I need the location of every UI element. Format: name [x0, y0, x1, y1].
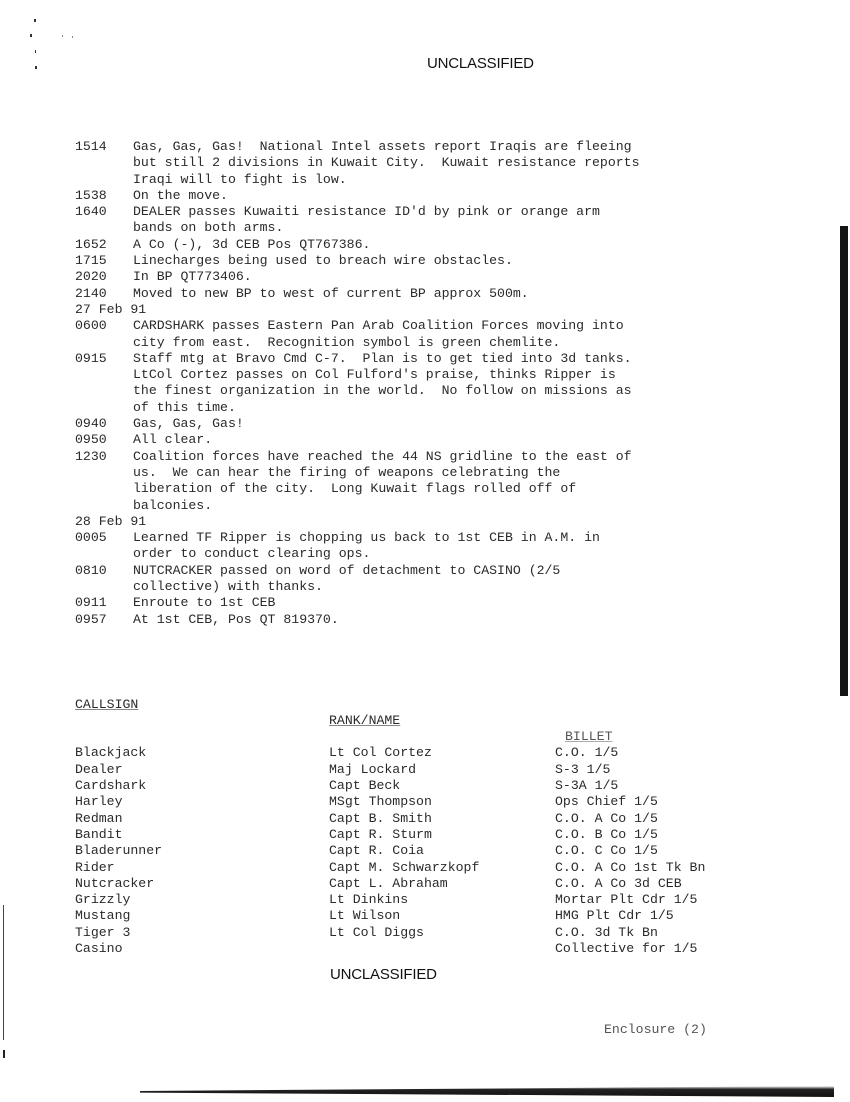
- scan-edge-line-left: [3, 905, 4, 1040]
- callsign-cell: Dealer: [75, 762, 122, 778]
- log-entry: 1715Linecharges being used to breach wir…: [75, 253, 639, 269]
- log-entry-time: 0600: [75, 318, 133, 351]
- rank-name-cell: Capt Beck: [329, 778, 400, 794]
- rank-name-cell: Capt R. Sturm: [329, 827, 432, 843]
- log-entry-line: the finest organization in the world. No…: [133, 383, 632, 399]
- log-entry-time: 0810: [75, 563, 133, 596]
- billet-cell: C.O. 1/5: [555, 745, 618, 761]
- log-entry-text: CARDSHARK passes Eastern Pan Arab Coalit…: [133, 318, 624, 351]
- billet-cell: Collective for 1/5: [555, 941, 697, 957]
- log-entry-line: DEALER passes Kuwaiti resistance ID'd by…: [133, 204, 600, 220]
- log-entry: 0810NUTCRACKER passed on word of detachm…: [75, 563, 639, 596]
- log-entry-line: Coalition forces have reached the 44 NS …: [133, 449, 632, 465]
- billet-cell: S-3 1/5: [555, 762, 610, 778]
- log-entry-text: A Co (-), 3d CEB Pos QT767386.: [133, 237, 370, 253]
- roster-row: RiderCapt M. SchwarzkopfC.O. A Co 1st Tk…: [75, 860, 107, 876]
- log-entry-time: 1652: [75, 237, 133, 253]
- rank-name-cell: Lt Col Diggs: [329, 925, 424, 941]
- roster-row: NutcrackerCapt L. AbrahamC.O. A Co 3d CE…: [75, 876, 107, 892]
- callsign-cell: Bladerunner: [75, 843, 162, 859]
- rank-name-cell: MSgt Thompson: [329, 794, 432, 810]
- log-entry-time: 2020: [75, 269, 133, 285]
- scan-edge-bar-right: [840, 226, 848, 696]
- scan-speck: [34, 19, 36, 22]
- callsign-header: CALLSIGN: [75, 697, 138, 713]
- billet-cell: C.O. C Co 1/5: [555, 843, 658, 859]
- log-entry-line: At 1st CEB, Pos QT 819370.: [133, 612, 339, 628]
- log-date: 28 Feb 91: [75, 514, 639, 530]
- log-entry-time: 0940: [75, 416, 133, 432]
- roster-row: BanditCapt R. SturmC.O. B Co 1/5: [75, 827, 107, 843]
- roster-row: GrizzlyLt DinkinsMortar Plt Cdr 1/5: [75, 892, 107, 908]
- callsign-cell: Blackjack: [75, 745, 146, 761]
- log-entry-line: of this time.: [133, 400, 632, 416]
- callsign-cell: Tiger 3: [75, 925, 130, 941]
- log-entry-line: All clear.: [133, 432, 212, 448]
- billet-cell: C.O. A Co 1st Tk Bn: [555, 860, 705, 876]
- classification-footer: UNCLASSIFIED: [330, 966, 437, 983]
- billet-cell: C.O. 3d Tk Bn: [555, 925, 658, 941]
- log-entry: 1538On the move.: [75, 188, 639, 204]
- log-entry-time: 0950: [75, 432, 133, 448]
- log-entry-line: Linecharges being used to breach wire ob…: [133, 253, 513, 269]
- roster-row: RedmanCapt B. SmithC.O. A Co 1/5: [75, 811, 107, 827]
- log-entry-line: Moved to new BP to west of current BP ap…: [133, 286, 529, 302]
- log-entry-text: Moved to new BP to west of current BP ap…: [133, 286, 529, 302]
- log-entry-time: 1538: [75, 188, 133, 204]
- classification-header: UNCLASSIFIED: [427, 55, 534, 72]
- log-entry-text: At 1st CEB, Pos QT 819370.: [133, 612, 339, 628]
- log-entry: 1514Gas, Gas, Gas! National Intel assets…: [75, 139, 639, 188]
- rank-name-cell: Lt Wilson: [329, 908, 400, 924]
- callsign-cell: Casino: [75, 941, 122, 957]
- log-entry-line: A Co (-), 3d CEB Pos QT767386.: [133, 237, 370, 253]
- roster-row: CardsharkCapt BeckS-3A 1/5: [75, 778, 107, 794]
- callsign-roster: CALLSIGN RANK/NAME BILLET BlackjackLt Co…: [75, 648, 107, 974]
- billet-cell: C.O. B Co 1/5: [555, 827, 658, 843]
- enclosure-label: Enclosure (2): [604, 1022, 707, 1038]
- log-entry: 0911Enroute to 1st CEB: [75, 595, 639, 611]
- roster-header-row: CALLSIGN RANK/NAME BILLET: [75, 681, 107, 697]
- rank-name-cell: Maj Lockard: [329, 762, 416, 778]
- log-date: 27 Feb 91: [75, 302, 639, 318]
- log-entry-time: 1514: [75, 139, 133, 188]
- log-entry: 0005Learned TF Ripper is chopping us bac…: [75, 530, 639, 563]
- log-entry: 0600CARDSHARK passes Eastern Pan Arab Co…: [75, 318, 639, 351]
- scan-edge-mark: [3, 1050, 5, 1058]
- log-entry-text: In BP QT773406.: [133, 269, 252, 285]
- rank-name-cell: Lt Dinkins: [329, 892, 408, 908]
- log-entry-text: NUTCRACKER passed on word of detachment …: [133, 563, 560, 596]
- log-entry-text: Learned TF Ripper is chopping us back to…: [133, 530, 600, 563]
- log-entry-time: 1230: [75, 449, 133, 514]
- log-entry-text: Coalition forces have reached the 44 NS …: [133, 449, 632, 514]
- log-entry-time: 0005: [75, 530, 133, 563]
- log-entry-time: 0915: [75, 351, 133, 416]
- callsign-cell: Redman: [75, 811, 122, 827]
- log-entry-line: liberation of the city. Long Kuwait flag…: [133, 481, 632, 497]
- log-entry-time: 2140: [75, 286, 133, 302]
- scan-speck: [35, 50, 36, 53]
- roster-body: BlackjackLt Col CortezC.O. 1/5DealerMaj …: [75, 745, 107, 957]
- rank-name-header: RANK/NAME: [329, 713, 400, 729]
- log-entry-line: NUTCRACKER passed on word of detachment …: [133, 563, 560, 579]
- scan-speck: [35, 66, 37, 69]
- log-entry: 0950All clear.: [75, 432, 639, 448]
- log-entry-line: LtCol Cortez passes on Col Fulford's pra…: [133, 367, 632, 383]
- billet-cell: C.O. A Co 1/5: [555, 811, 658, 827]
- callsign-cell: Harley: [75, 794, 122, 810]
- log-entry-line: Iraqi will to fight is low.: [133, 172, 639, 188]
- callsign-cell: Rider: [75, 860, 115, 876]
- log-entry-text: All clear.: [133, 432, 212, 448]
- chronology-log: 1514Gas, Gas, Gas! National Intel assets…: [75, 139, 639, 628]
- rank-name-cell: Capt R. Coia: [329, 843, 424, 859]
- log-entry: 2020In BP QT773406.: [75, 269, 639, 285]
- log-entry: 0940Gas, Gas, Gas!: [75, 416, 639, 432]
- log-entry-text: Gas, Gas, Gas! National Intel assets rep…: [133, 139, 639, 188]
- log-entry-text: Staff mtg at Bravo Cmd C-7. Plan is to g…: [133, 351, 632, 416]
- log-entry-time: 1715: [75, 253, 133, 269]
- log-entry: 2140Moved to new BP to west of current B…: [75, 286, 639, 302]
- log-entry-text: Enroute to 1st CEB: [133, 595, 275, 611]
- roster-row: DealerMaj LockardS-3 1/5: [75, 762, 107, 778]
- log-entry-time: 1640: [75, 204, 133, 237]
- log-entry: 0915Staff mtg at Bravo Cmd C-7. Plan is …: [75, 351, 639, 416]
- log-entry-line: Staff mtg at Bravo Cmd C-7. Plan is to g…: [133, 351, 632, 367]
- callsign-cell: Bandit: [75, 827, 122, 843]
- log-entry-line: collective) with thanks.: [133, 579, 560, 595]
- log-entry-line: bands on both arms.: [133, 220, 600, 236]
- log-entry-line: city from east. Recognition symbol is gr…: [133, 335, 624, 351]
- billet-header: BILLET: [565, 729, 612, 745]
- billet-cell: Ops Chief 1/5: [555, 794, 658, 810]
- log-entry-text: Linecharges being used to breach wire ob…: [133, 253, 513, 269]
- rank-name-cell: Lt Col Cortez: [329, 745, 432, 761]
- log-entry: 1230Coalition forces have reached the 44…: [75, 449, 639, 514]
- billet-cell: Mortar Plt Cdr 1/5: [555, 892, 697, 908]
- scan-speck: [62, 35, 63, 37]
- log-entry-line: order to conduct clearing ops.: [133, 546, 600, 562]
- callsign-cell: Grizzly: [75, 892, 130, 908]
- rank-name-cell: Capt M. Schwarzkopf: [329, 860, 479, 876]
- log-entry-line: On the move.: [133, 188, 228, 204]
- roster-row: HarleyMSgt ThompsonOps Chief 1/5: [75, 794, 107, 810]
- log-entry-line: Enroute to 1st CEB: [133, 595, 275, 611]
- rank-name-cell: Capt L. Abraham: [329, 876, 448, 892]
- rank-name-cell: Capt B. Smith: [329, 811, 432, 827]
- log-entry-time: 0957: [75, 612, 133, 628]
- callsign-cell: Mustang: [75, 908, 130, 924]
- callsign-cell: Nutcracker: [75, 876, 154, 892]
- roster-row: MustangLt WilsonHMG Plt Cdr 1/5: [75, 908, 107, 924]
- log-entry-line: CARDSHARK passes Eastern Pan Arab Coalit…: [133, 318, 624, 334]
- log-entry-text: Gas, Gas, Gas!: [133, 416, 244, 432]
- log-entry: 1652A Co (-), 3d CEB Pos QT767386.: [75, 237, 639, 253]
- billet-cell: C.O. A Co 3d CEB: [555, 876, 682, 892]
- billet-cell: HMG Plt Cdr 1/5: [555, 908, 674, 924]
- roster-row: BladerunnerCapt R. CoiaC.O. C Co 1/5: [75, 843, 107, 859]
- log-entry-line: but still 2 divisions in Kuwait City. Ku…: [133, 155, 639, 171]
- billet-cell: S-3A 1/5: [555, 778, 618, 794]
- roster-row: BlackjackLt Col CortezC.O. 1/5: [75, 745, 107, 761]
- log-entry: 0957At 1st CEB, Pos QT 819370.: [75, 612, 639, 628]
- log-entry-line: Gas, Gas, Gas! National Intel assets rep…: [133, 139, 639, 155]
- log-entry: 1640DEALER passes Kuwaiti resistance ID'…: [75, 204, 639, 237]
- log-entry-line: us. We can hear the firing of weapons ce…: [133, 465, 632, 481]
- log-entry-line: In BP QT773406.: [133, 269, 252, 285]
- scan-speck: [30, 34, 32, 37]
- callsign-cell: Cardshark: [75, 778, 146, 794]
- log-entry-line: balconies.: [133, 498, 632, 514]
- log-entry-text: DEALER passes Kuwaiti resistance ID'd by…: [133, 204, 600, 237]
- scan-speck: [72, 36, 73, 38]
- scan-edge-bar-bottom: [140, 1086, 834, 1097]
- log-entry-line: Gas, Gas, Gas!: [133, 416, 244, 432]
- roster-row: CasinoCollective for 1/5: [75, 941, 107, 957]
- log-entry-time: 0911: [75, 595, 133, 611]
- log-entry-text: On the move.: [133, 188, 228, 204]
- log-entry-line: Learned TF Ripper is chopping us back to…: [133, 530, 600, 546]
- roster-row: Tiger 3Lt Col DiggsC.O. 3d Tk Bn: [75, 925, 107, 941]
